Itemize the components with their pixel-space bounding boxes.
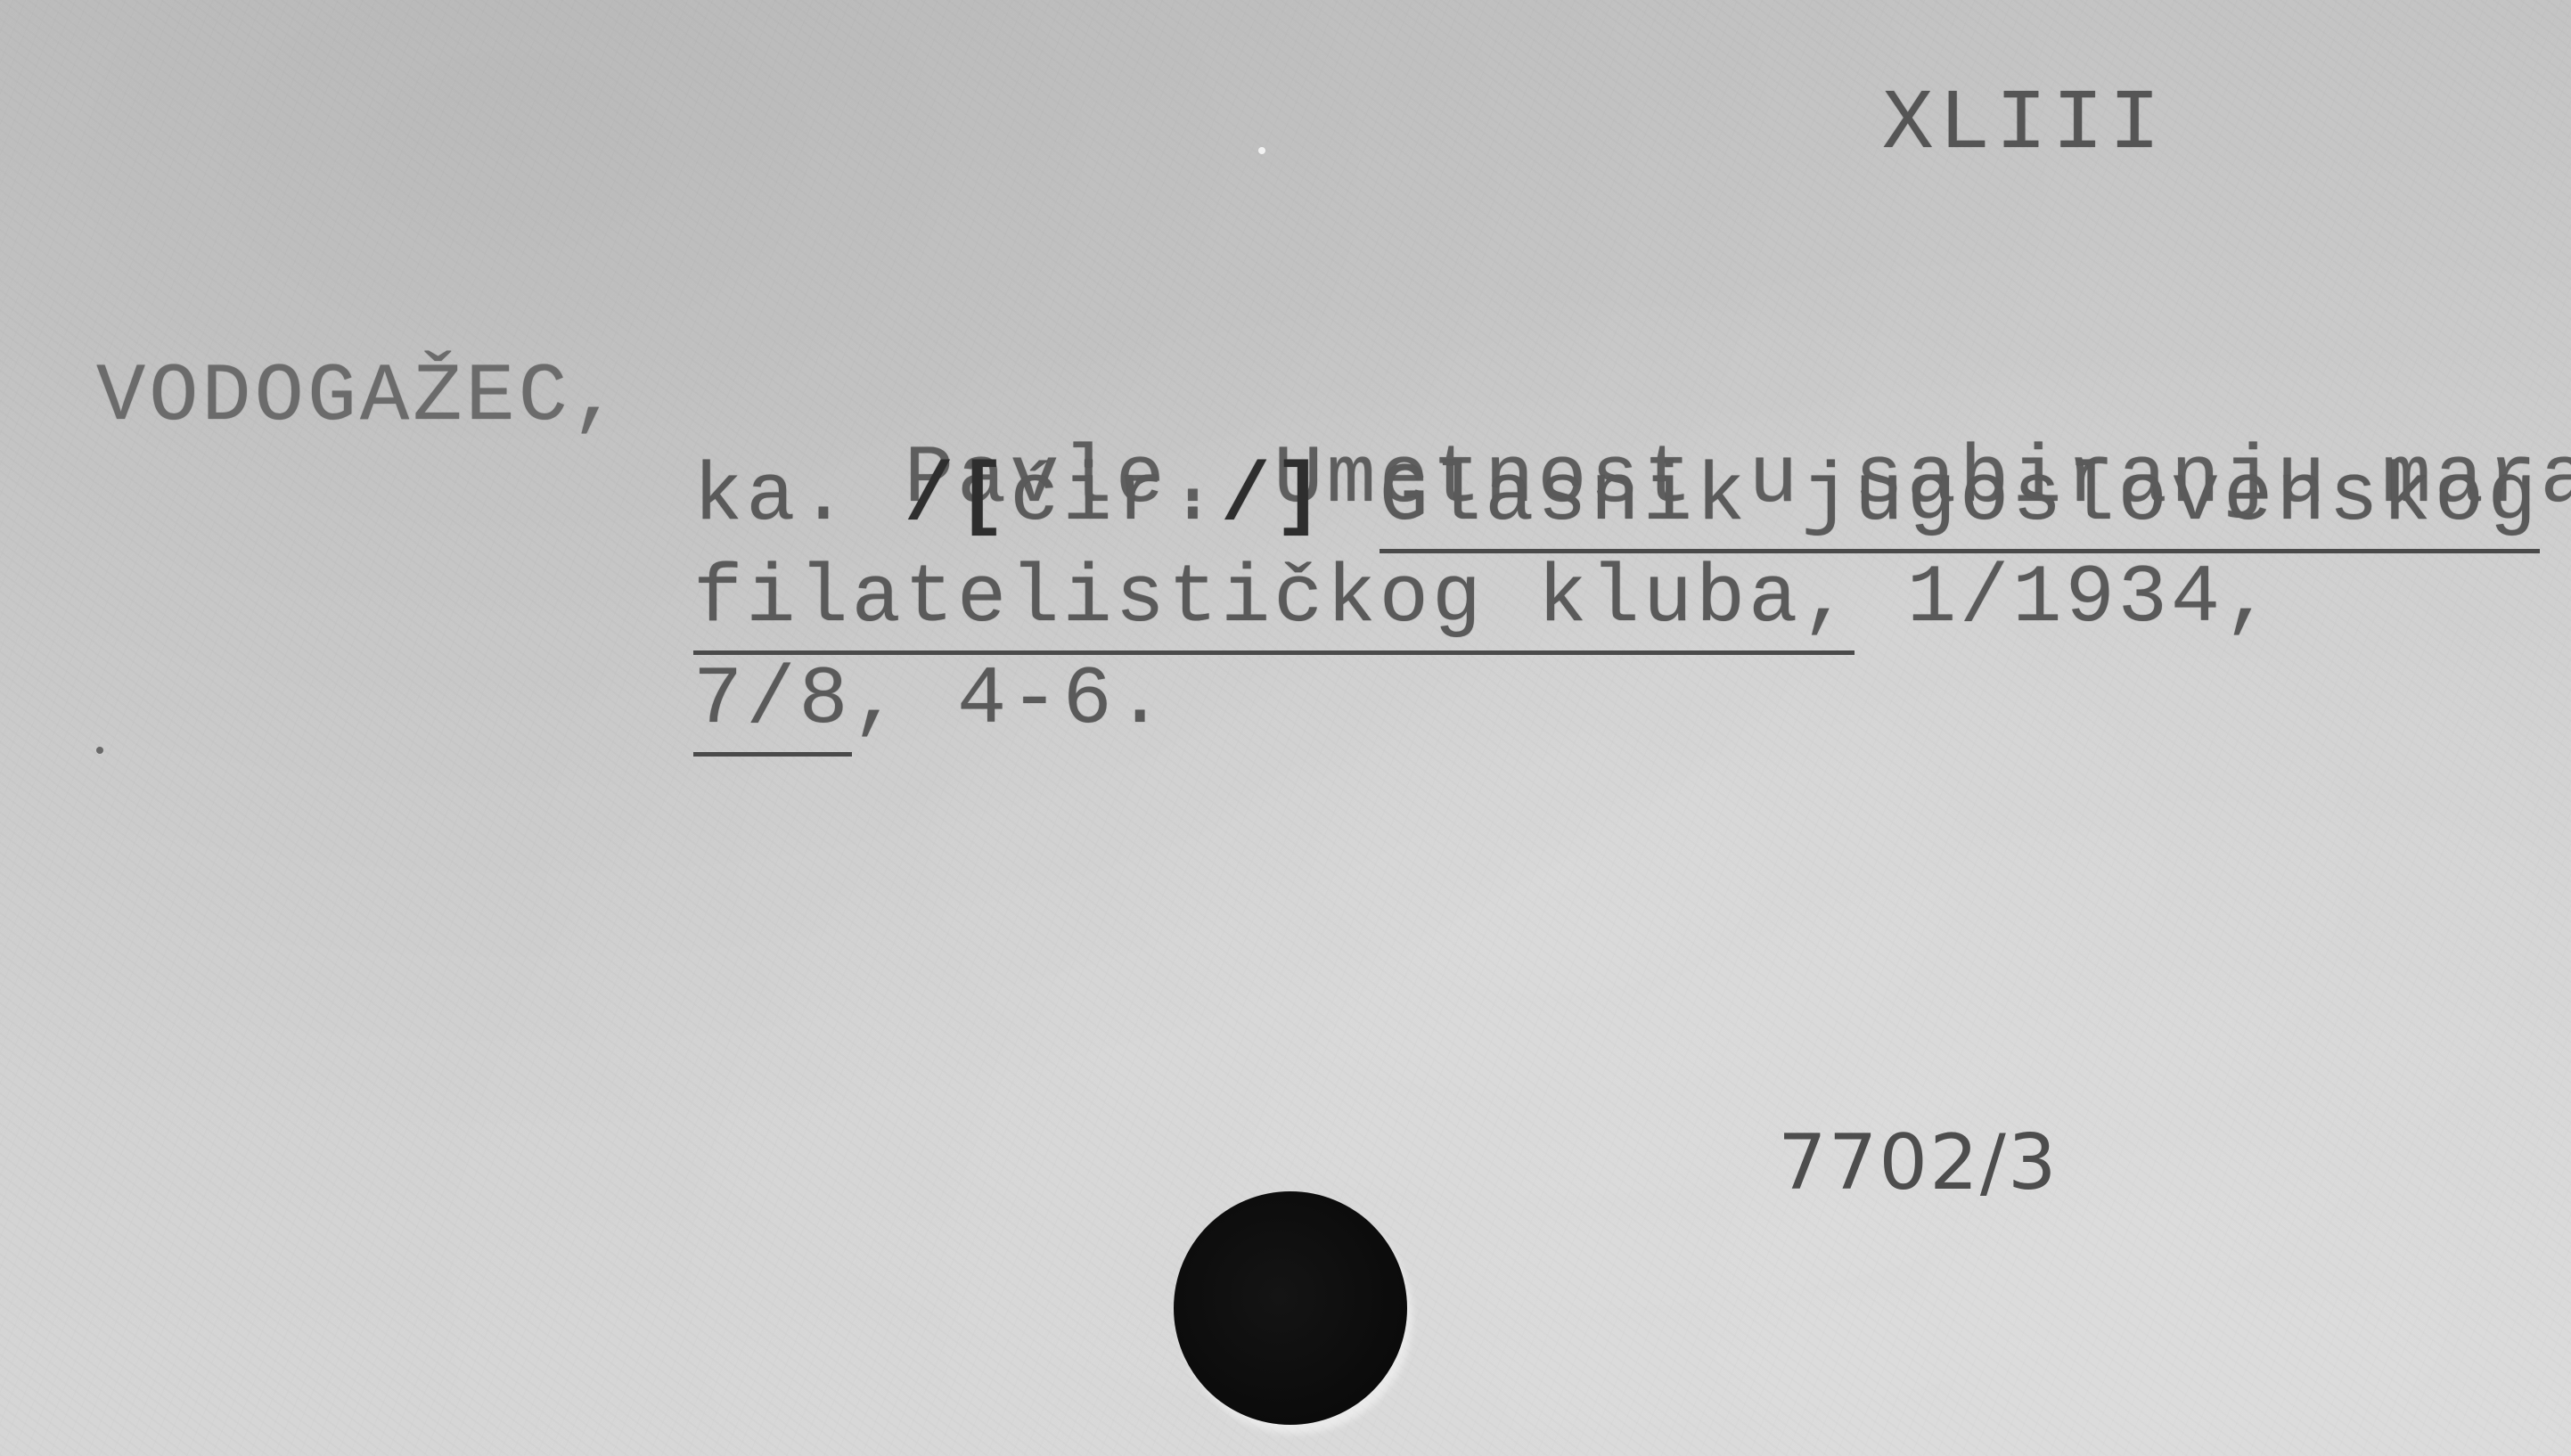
entry-line-3: filatelističkog kluba, 1/1934,	[693, 558, 2276, 640]
author-surname: VODOGAŽEC,	[96, 356, 624, 438]
entry-line-2: ka. /[ćir./] Glasnik jugoslovenskog	[693, 456, 2540, 538]
classification-numeral: XLIII	[1882, 82, 2166, 168]
script-note: ćir.	[1010, 450, 1221, 544]
call-number: 7702/3	[1778, 1125, 2059, 1201]
bracket-open: /[	[905, 450, 1010, 544]
issue-number: 7/8	[693, 653, 852, 757]
paper-speck	[1258, 147, 1265, 154]
catalog-card: XLIII VODOGAŽEC, Pavle. Umetnost u sabir…	[0, 0, 2571, 1456]
volume-year: 1/1934,	[1855, 552, 2277, 645]
entry-line-4: 7/8, 4-6.	[693, 659, 1168, 741]
entry-line-2-prefix: ka.	[693, 450, 905, 544]
page-range: , 4-6.	[852, 653, 1168, 747]
punch-hole	[1174, 1191, 1407, 1425]
bracket-close: /]	[1221, 450, 1326, 544]
ink-speck	[96, 747, 103, 754]
journal-title-part-2: filatelističkog kluba,	[693, 552, 1855, 655]
entry-line-2-gap	[1327, 450, 1380, 544]
journal-title-part-1: Glasnik jugoslovenskog	[1380, 450, 2541, 553]
